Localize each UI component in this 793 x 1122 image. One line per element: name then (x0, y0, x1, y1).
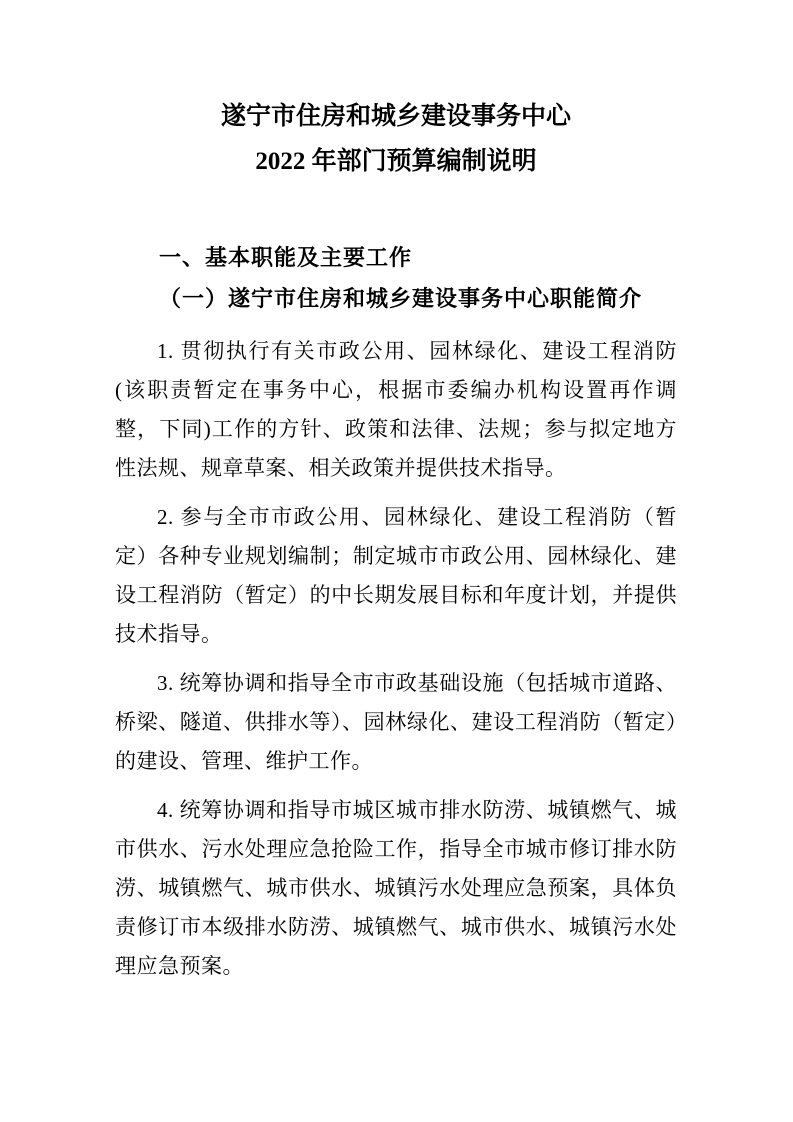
document-title-line-2: 2022 年部门预算编制说明 (115, 139, 677, 184)
document-page: 遂宁市住房和城乡建设事务中心 2022 年部门预算编制说明 一、基本职能及主要工… (0, 0, 793, 1122)
section-heading: 一、基本职能及主要工作 (115, 239, 677, 277)
body-paragraph-2: 2. 参与全市市政公用、园林绿化、建设工程消防（暂定）各种专业规划编制；制定城市… (115, 498, 677, 654)
body-paragraph-4: 4. 统筹协调和指导市城区城市排水防涝、城镇燃气、城市供水、污水处理应急抢险工作… (115, 791, 677, 986)
body-paragraph-1: 1. 贯彻执行有关市政公用、园林绿化、建设工程消防(该职责暂定在事务中心，根据市… (115, 332, 677, 488)
body-paragraph-3: 3. 统筹协调和指导全市市政基础设施（包括城市道路、桥梁、隧道、供排水等）、园林… (115, 664, 677, 781)
document-title: 遂宁市住房和城乡建设事务中心 2022 年部门预算编制说明 (115, 94, 677, 184)
subsection-heading: （一）遂宁市住房和城乡建设事务中心职能简介 (115, 280, 677, 318)
document-title-line-1: 遂宁市住房和城乡建设事务中心 (115, 94, 677, 139)
